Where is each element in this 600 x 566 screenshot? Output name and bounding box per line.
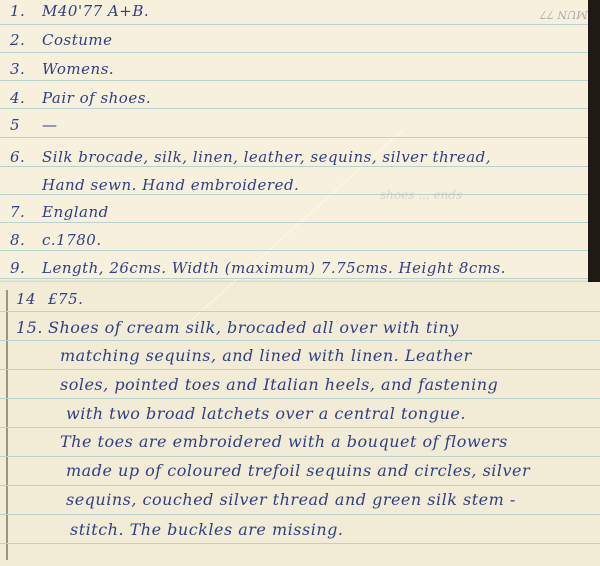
- card-edge-shadow: [588, 0, 600, 286]
- entry-number: 3.: [10, 60, 42, 78]
- entry-15-line-6: made up of coloured trefoil sequins and …: [66, 461, 530, 480]
- entry-15-line-2: matching sequins, and lined with linen. …: [60, 346, 472, 365]
- ruled-line: [0, 137, 588, 138]
- entry-14: 14£75.: [16, 290, 83, 308]
- ruled-line: [0, 427, 600, 428]
- entry-number: 6.: [10, 148, 42, 166]
- ruled-line: [0, 543, 600, 544]
- ruled-line: [0, 166, 588, 167]
- ruled-line: [0, 514, 600, 515]
- entry-6-continuation: Hand sewn. Hand embroidered.: [42, 176, 299, 194]
- ruled-line: [0, 194, 588, 195]
- ruled-line: [0, 108, 588, 109]
- entry-text: —: [42, 116, 58, 134]
- entry-number: 2.: [10, 31, 42, 49]
- reference-mark: MUN 77: [540, 8, 588, 21]
- entry-15-line-7: sequins, couched silver thread and green…: [66, 490, 516, 509]
- entry-number: 5: [10, 116, 42, 134]
- entry-number: 4.: [10, 89, 42, 107]
- entry-15-line-5: The toes are embroidered with a bouquet …: [60, 432, 508, 451]
- ruled-line: [0, 369, 600, 370]
- entry-text: Costume: [42, 31, 113, 49]
- entry-8: 8.c.1780.: [10, 231, 102, 249]
- entry-number: 14: [16, 290, 48, 308]
- entry-1: 1.M40'77 A+B.: [10, 2, 149, 20]
- ruled-line: [0, 222, 588, 223]
- ruled-line: [0, 250, 588, 251]
- entry-15-line-8: stitch. The buckles are missing.: [70, 520, 343, 539]
- entry-6: 6.Silk brocade, silk, linen, leather, se…: [10, 148, 491, 166]
- entry-text: M40'77 A+B.: [42, 2, 149, 20]
- ruled-line: [0, 311, 600, 312]
- entry-number: 15.: [16, 318, 48, 337]
- entry-text: £75.: [48, 290, 83, 308]
- entry-3: 3.Womens.: [10, 60, 114, 78]
- ruled-line: [0, 278, 588, 279]
- ruled-line: [0, 340, 600, 341]
- entry-text: England: [42, 203, 109, 221]
- entry-text: Length, 26cms. Width (maximum) 7.75cms. …: [42, 259, 506, 277]
- entry-text: Womens.: [42, 60, 114, 78]
- document-scan: MUN 77 shoes ... ends 1.M40'77 A+B. 2.Co…: [0, 0, 600, 566]
- bleed-through-text: shoes ... ends: [380, 188, 462, 202]
- ruled-line: [0, 398, 600, 399]
- entry-2: 2.Costume: [10, 31, 113, 49]
- ruled-line: [0, 456, 600, 457]
- entry-4: 4.Pair of shoes.: [10, 89, 151, 107]
- entry-15-line-3: soles, pointed toes and Italian heels, a…: [60, 375, 498, 394]
- ruled-line: [0, 485, 600, 486]
- entry-9: 9.Length, 26cms. Width (maximum) 7.75cms…: [10, 259, 506, 277]
- entry-7: 7.England: [10, 203, 109, 221]
- entry-number: 9.: [10, 259, 42, 277]
- lower-card-margin-line: [6, 290, 8, 560]
- entry-5: 5—: [10, 116, 58, 134]
- entry-number: 8.: [10, 231, 42, 249]
- entry-number: 1.: [10, 2, 42, 20]
- ruled-line: [0, 80, 588, 81]
- ruled-line: [0, 52, 588, 53]
- entry-text: c.1780.: [42, 231, 102, 249]
- entry-text: Silk brocade, silk, linen, leather, sequ…: [42, 148, 491, 166]
- entry-15: 15.Shoes of cream silk, brocaded all ove…: [16, 318, 459, 337]
- entry-15-line-4: with two broad latchets over a central t…: [66, 404, 466, 423]
- entry-text: Pair of shoes.: [42, 89, 151, 107]
- ruled-line: [0, 24, 588, 25]
- entry-number: 7.: [10, 203, 42, 221]
- entry-text: Shoes of cream silk, brocaded all over w…: [48, 318, 459, 337]
